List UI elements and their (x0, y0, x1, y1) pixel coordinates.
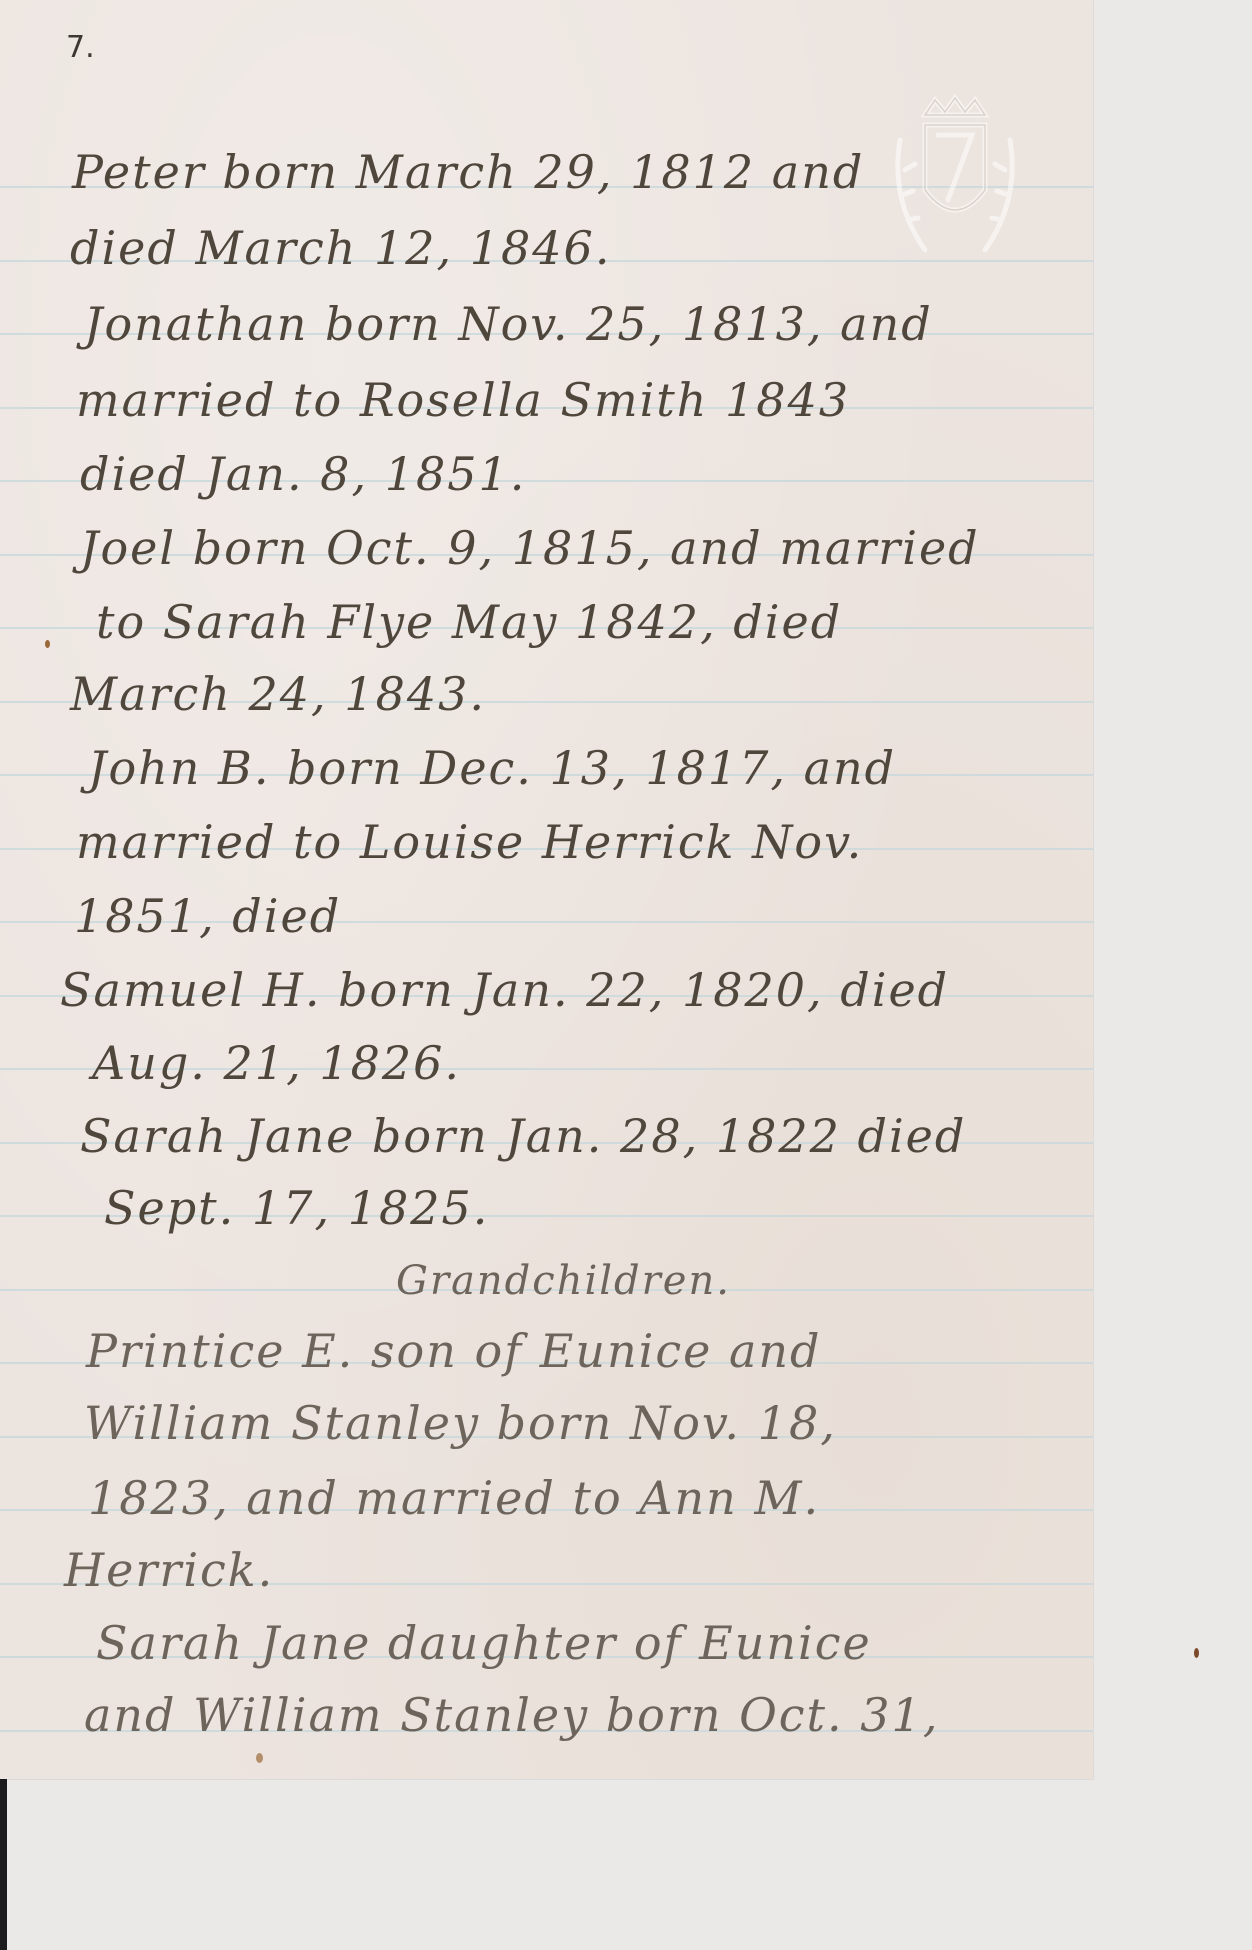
text-line: died Jan. 8, 1851. (80, 451, 526, 497)
scan-edge-strip (0, 1779, 7, 1950)
text-line: Jonathan born Nov. 25, 1813, and (84, 301, 933, 347)
text-line: died March 12, 1846. (70, 225, 611, 271)
ink-spot (45, 640, 50, 648)
text-line: John B. born Dec. 13, 1817, and (88, 745, 896, 791)
page-number: 7. (66, 30, 95, 65)
text-line: Herrick. (64, 1547, 274, 1593)
text-line: Sept. 17, 1825. (104, 1185, 489, 1231)
text-line: and William Stanley born Oct. 31, (84, 1692, 939, 1738)
text-line: Sarah Jane born Jan. 28, 1822 died (80, 1113, 966, 1159)
text-line: 1823, and married to Ann M. (88, 1475, 820, 1521)
text-line: Joel born Oct. 9, 1815, and married (80, 525, 980, 571)
text-line: married to Rosella Smith 1843 (76, 377, 850, 423)
text-line: Peter born March 29, 1812 and (72, 149, 864, 195)
embossed-crest-icon (880, 80, 1030, 280)
text-line: Aug. 21, 1826. (92, 1040, 461, 1086)
text-line: Sarah Jane daughter of Eunice (96, 1620, 872, 1666)
text-line: Samuel H. born Jan. 22, 1820, died (60, 967, 949, 1013)
text-line: Printice E. son of Eunice and (86, 1328, 821, 1374)
text-line: 1851, died (74, 893, 341, 939)
handwritten-ledger-page: 7. Peter born March 29, 1812 anddied Mar… (0, 0, 1093, 1779)
ink-spot (1194, 1648, 1199, 1658)
ink-spot (256, 1753, 263, 1763)
text-line: March 24, 1843. (70, 671, 486, 717)
text-line: William Stanley born Nov. 18, (84, 1400, 837, 1446)
text-line: married to Louise Herrick Nov. (76, 819, 863, 865)
section-heading: Grandchildren. (396, 1261, 731, 1301)
text-line: to Sarah Flye May 1842, died (96, 599, 842, 645)
